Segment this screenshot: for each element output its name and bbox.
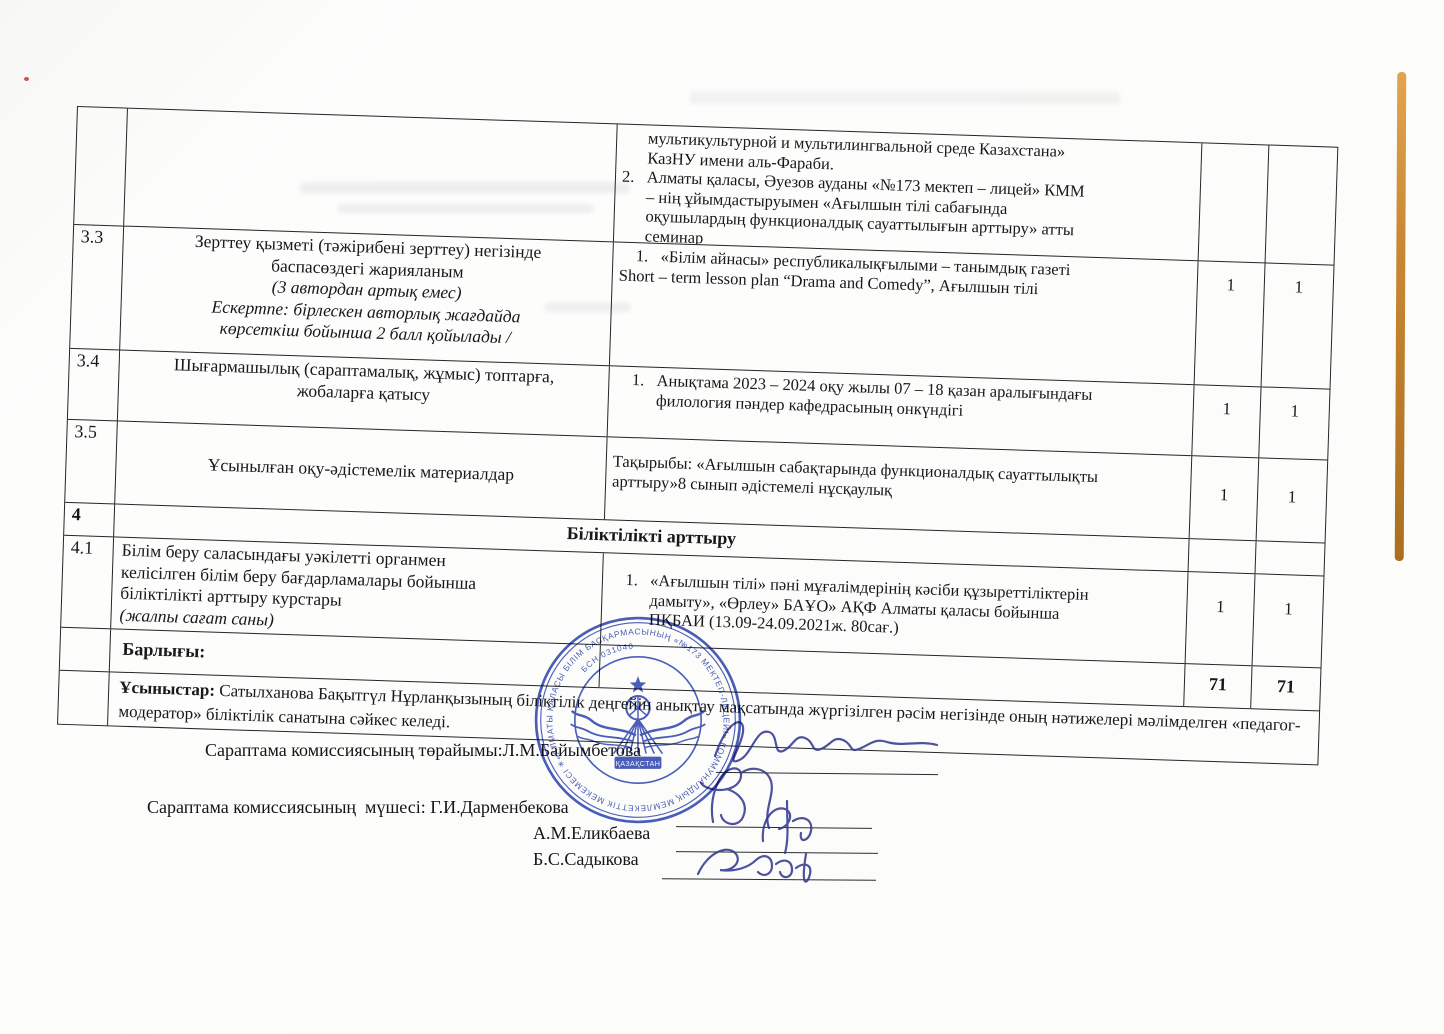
criteria-cell: Ұсынылған оқу-әдістемелік материалдар	[115, 421, 607, 519]
total-score-cell: 71	[1184, 664, 1252, 708]
row-number-cell: 3.5	[65, 420, 118, 504]
row-number-cell: 3.3	[70, 225, 124, 350]
score-cell: 1	[1259, 387, 1329, 459]
score-cell: 1	[1192, 385, 1261, 457]
row-number-cell	[74, 107, 128, 226]
criteria-cell	[124, 109, 618, 242]
criteria-cell: Білім беру саласындағы уәкілетті органме…	[111, 537, 604, 644]
row-number-cell	[60, 628, 111, 672]
row-number-cell: 3.4	[68, 349, 120, 421]
total-score-cell: 71	[1251, 666, 1320, 710]
handwritten-signature	[688, 834, 838, 892]
score-cell: 1	[1195, 261, 1266, 386]
score-cell	[1189, 539, 1257, 573]
binding-strip	[1395, 72, 1407, 561]
score-cell: 1	[1190, 456, 1260, 540]
stamp-emblem	[571, 676, 706, 753]
recommendation-label: Ұсыныстар:	[119, 678, 215, 700]
signature-line-member-1: Сараптама комиссиясының мүшесі: Г.И.Дарм…	[147, 797, 569, 818]
evidence-cell: мультикультурной и мультилингвальной сре…	[614, 124, 1202, 260]
score-cell: 1	[1186, 572, 1256, 665]
red-mark	[24, 77, 29, 81]
row-number-cell: 4	[64, 503, 115, 537]
score-cell: 1	[1262, 263, 1334, 388]
row-number-cell	[58, 671, 110, 726]
bleedthrough-smudge	[690, 92, 1120, 104]
svg-text:ҚАЗАҚСТАН: ҚАЗАҚСТАН	[616, 760, 661, 768]
scanned-document-page: мультикультурной и мультилингвальной сре…	[0, 0, 1444, 1034]
score-cell	[1256, 541, 1325, 575]
score-cell	[1199, 143, 1270, 262]
official-stamp: «АЛМАТЫ ҚАЛАСЫ БІЛІМ БАСҚАРМАСЫНЫҢ «№173…	[531, 613, 745, 827]
criteria-text: Ұсынылған оқу-әдістемелік материалдар	[207, 455, 514, 486]
score-cell	[1266, 146, 1338, 265]
row-number-cell: 4.1	[61, 536, 114, 629]
evidence-cell: 1. «Білім айнасы» республикалықғылыми – …	[610, 242, 1199, 384]
score-cell: 1	[1253, 574, 1324, 667]
criteria-cell: Зерттеу қызметі (тәжірибені зерттеу) нег…	[120, 227, 614, 366]
score-cell: 1	[1257, 458, 1328, 542]
stamp-banner: ҚАЗАҚСТАН	[615, 757, 662, 769]
signature-line-member-3: Б.С.Садыкова	[533, 849, 639, 870]
